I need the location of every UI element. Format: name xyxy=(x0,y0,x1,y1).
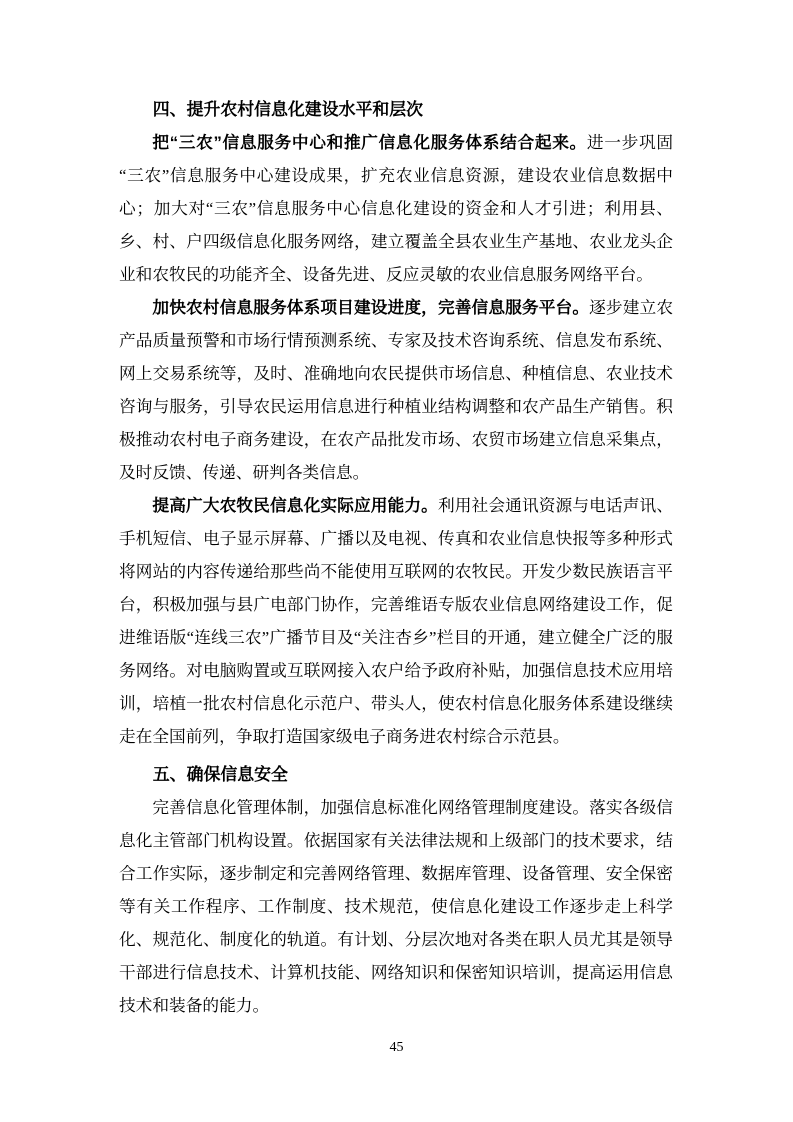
paragraph-lead: 提高广大农牧民信息化实际应用能力。 xyxy=(152,496,438,515)
document-page: 四、提升农村信息化建设水平和层次 把“三农”信息服务中心和推广信息化服务体系结合… xyxy=(0,0,793,1122)
page-number: 45 xyxy=(0,1038,793,1058)
paragraph-lead: 把“三农”信息服务中心和推广信息化服务体系结合起来。 xyxy=(152,133,587,152)
paragraph-lead: 加快农村信息服务体系项目建设进度，完善信息服务平台。 xyxy=(152,298,589,317)
paragraph-information-security: 完善信息化管理体制，加强信息标准化网络管理制度建设。落实各级信息化主管部门机构设… xyxy=(119,791,673,1022)
paragraph-text: 完善信息化管理体制，加强信息标准化网络管理制度建设。落实各级信息化主管部门机构设… xyxy=(119,798,673,1015)
paragraph-improve-farmer-application: 提高广大农牧民信息化实际应用能力。利用社会通讯资源与电话声讯、手机短信、电子显示… xyxy=(119,489,673,753)
document-body: 四、提升农村信息化建设水平和层次 把“三农”信息服务中心和推广信息化服务体系结合… xyxy=(119,93,673,1022)
paragraph-text: 进一步巩固“三农”信息服务中心建设成果，扩充农业信息资源，建设农业信息数据中心；… xyxy=(119,133,673,284)
paragraph-combine-service-centers: 把“三农”信息服务中心和推广信息化服务体系结合起来。进一步巩固“三农”信息服务中… xyxy=(119,126,673,291)
paragraph-speed-up-service-system: 加快农村信息服务体系项目建设进度，完善信息服务平台。逐步建立农产品质量预警和市场… xyxy=(119,291,673,489)
section-heading-4: 四、提升农村信息化建设水平和层次 xyxy=(119,93,673,126)
paragraph-text: 利用社会通讯资源与电话声讯、手机短信、电子显示屏幕、广播以及电视、传真和农业信息… xyxy=(119,496,673,746)
paragraph-text: 逐步建立农产品质量预警和市场行情预测系统、专家及技术咨询系统、信息发布系统、网上… xyxy=(119,298,673,482)
section-heading-5: 五、确保信息安全 xyxy=(119,758,673,791)
